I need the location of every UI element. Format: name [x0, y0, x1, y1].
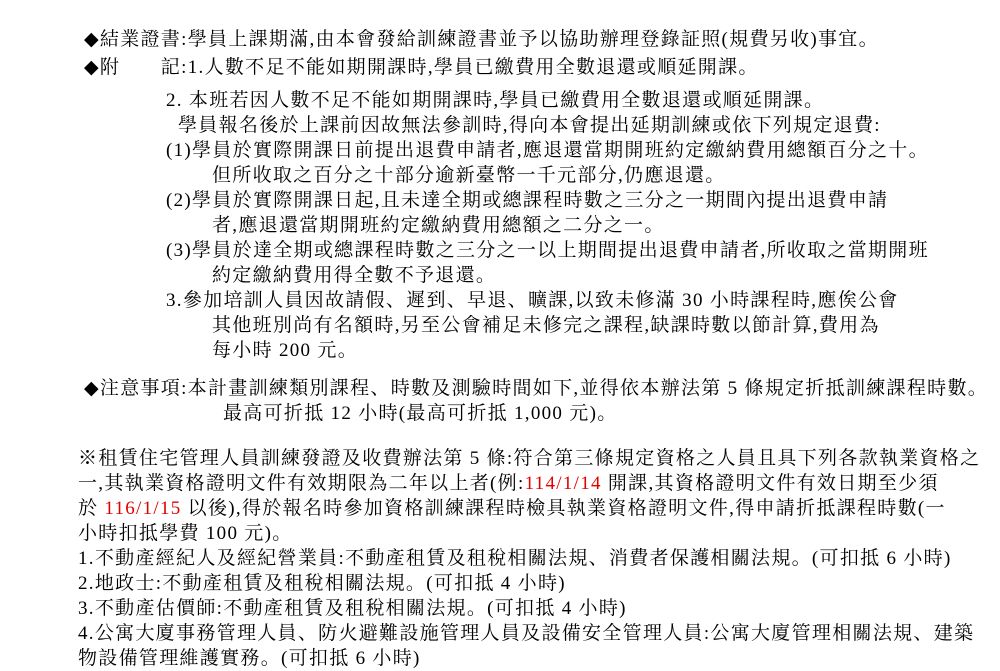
notes-label: ◆附 記: [84, 57, 188, 78]
certificate-clause: ◆結業證書:學員上課期滿,由本會發給訓練證書並予以協助辦理登錄証照(規費另收)事… [84, 27, 970, 52]
attention-clause: ◆注意事項:本計畫訓練類別課程、時數及測驗時間如下,並得依本辦法第 5 條規定折… [84, 376, 970, 401]
notes-subitem-2-line-1: (2)學員於實際開課日起,且未達全期或總課程時數之三分之一期間內提出退費申請 [166, 188, 970, 213]
notes-item-2-line-2: 學員報名後於上課前因故無法參訓時,得向本會提出延期訓練或依下列規定退費: [178, 113, 970, 138]
notes-item-3-line-3: 每小時 200 元。 [212, 338, 970, 363]
qualification-item-2: 2.地政士:不動產租賃及租稅相關法規。(可扣抵 4 小時) [78, 571, 970, 596]
document-page: ◆結業證書:學員上課期滿,由本會發給訓練證書並予以協助辦理登錄証照(規費另收)事… [0, 0, 1000, 671]
regulation-line-2-text: 一,其執業資格證明文件有效期限為二年以上者(例: [78, 473, 525, 494]
certificate-label: ◆結業證書: [84, 29, 188, 50]
attention-text-line-2: 最高可折抵 12 小時(最高可折抵 1,000 元)。 [223, 401, 970, 426]
attention-label: ◆注意事項: [84, 378, 188, 399]
notes-subitem-2-line-2: 者,應退還當期開班約定繳納費用總額之二分之一。 [212, 213, 970, 238]
regulation-line-3-text: 於 [78, 498, 104, 519]
notes-subitem-1-line-1: (1)學員於實際開課日前提出退費申請者,應退還當期開班約定繳納費用總額百分之十。 [166, 138, 970, 163]
qualification-item-4-line-1: 4.公寓大廈事務管理人員、防火避難設施管理人員及設備安全管理人員:公寓大廈管理相… [78, 621, 970, 646]
qualification-item-4-line-2: 物設備管理維護實務。(可扣抵 6 小時) [78, 646, 970, 671]
course-start-date: 114/1/14 [525, 473, 602, 494]
regulation-line-3: 於 116/1/15 以後),得於報名時參加資格訓練課程時檢具執業資格證明文件,… [78, 496, 970, 521]
notes-item-1: 1.人數不足不能如期開課時,學員已繳費用全數退還或順延開課。 [188, 57, 759, 78]
notes-subitem-1-line-2: 但所收取之百分之十部分逾新臺幣一千元部分,仍應退還。 [212, 163, 970, 188]
qualification-item-1: 1.不動產經紀人及經紀營業員:不動產租賃及租稅相關法規、消費者保護相關法規。(可… [78, 546, 970, 571]
notes-subitem-3-line-2: 約定繳納費用得全數不予退還。 [212, 263, 970, 288]
notes-subitem-3-line-1: (3)學員於達全期或總課程時數之三分之一以上期間提出退費申請者,所收取之當期開班 [166, 238, 970, 263]
qualification-item-3: 3.不動產估價師:不動產租賃及租稅相關法規。(可扣抵 4 小時) [78, 596, 970, 621]
regulation-line-3-text-cont: 以後),得於報名時參加資格訓練課程時檢具執業資格證明文件,得申請折抵課程時數(一 [182, 498, 946, 519]
regulation-line-2: 一,其執業資格證明文件有效期限為二年以上者(例:114/1/14 開課,其資格證… [78, 471, 970, 496]
notes-clause: ◆附 記:1.人數不足不能如期開課時,學員已繳費用全數退還或順延開課。 [84, 55, 970, 80]
notes-item-3-line-1: 3.參加培訓人員因故請假、遲到、早退、曠課,以致未修滿 30 小時課程時,應俟公… [166, 288, 970, 313]
regulation-line-2-text-cont: 開課,其資格證明文件有效日期至少須 [602, 473, 939, 494]
certificate-text: 學員上課期滿,由本會發給訓練證書並予以協助辦理登錄証照(規費另收)事宜。 [188, 29, 879, 50]
validity-date: 116/1/15 [104, 498, 181, 519]
notes-item-3-line-2: 其他班別尚有名額時,另至公會補足未修完之課程,缺課時數以節計算,費用為 [212, 313, 970, 338]
regulation-line-4: 小時扣抵學費 100 元)。 [78, 521, 970, 546]
notes-item-2-line-1: 2. 本班若因人數不足不能如期開課時,學員已繳費用全數退還或順延開課。 [166, 88, 970, 113]
regulation-line-1: ※租賃住宅管理人員訓練發證及收費辦法第 5 條:符合第三條規定資格之人員且具下列… [78, 446, 970, 471]
attention-text-line-1: 本計畫訓練類別課程、時數及測驗時間如下,並得依本辦法第 5 條規定折抵訓練課程時… [188, 378, 988, 399]
